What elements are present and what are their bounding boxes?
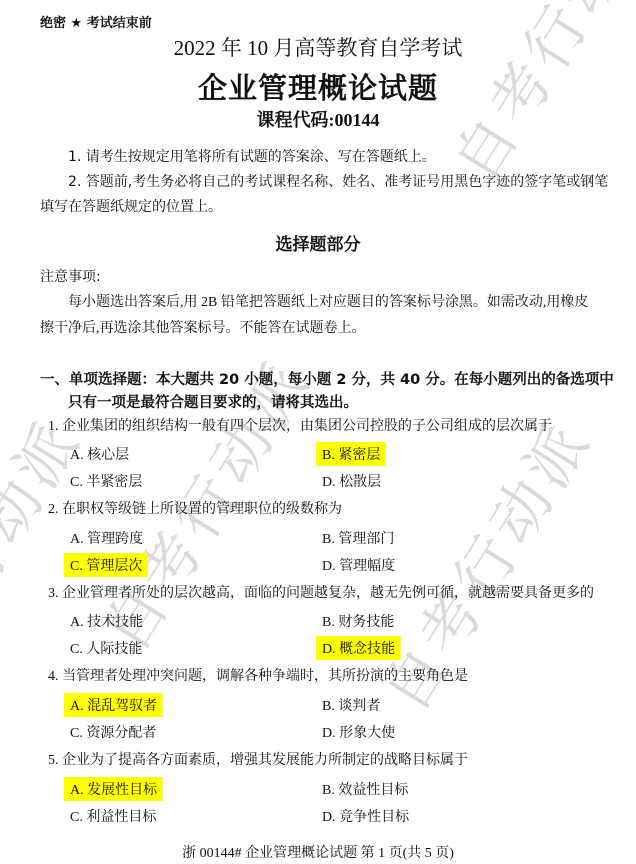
question-1-option-d[interactable]: D. 松散层 bbox=[316, 469, 387, 493]
subject-title: 企业管理概论试题 bbox=[0, 66, 636, 107]
question-3-option-b[interactable]: B. 财务技能 bbox=[316, 609, 400, 633]
section-heading-cont: 只有一项是最符合题目要求的，请将其选出。 bbox=[68, 391, 358, 412]
instruction-2-cont: 填写在答题纸规定的位置上。 bbox=[40, 196, 222, 216]
question-3-option-c[interactable]: C. 人际技能 bbox=[64, 636, 148, 660]
question-1-stem: 1. 企业集团的组织结构一般有四个层次，由集团公司控股的子公司组成的层次属于 bbox=[48, 415, 552, 435]
question-4-option-b[interactable]: B. 谈判者 bbox=[316, 693, 386, 717]
question-5-option-c[interactable]: C. 利益性目标 bbox=[64, 804, 162, 828]
question-1-option-a[interactable]: A. 核心层 bbox=[64, 442, 135, 466]
instruction-2: 2. 答题前,考生务必将自己的考试课程名称、姓名、准考证号用黑色字迹的签字笔或钢… bbox=[68, 171, 608, 191]
question-4-option-d[interactable]: D. 形象大使 bbox=[316, 720, 401, 744]
confidential-label: 绝密 ★ 考试结束前 bbox=[40, 12, 152, 31]
question-2-option-c[interactable]: C. 管理层次 bbox=[64, 553, 148, 577]
question-5-stem: 5. 企业为了提高各方面素质，增强其发展能力所制定的战略目标属于 bbox=[48, 749, 468, 769]
section-heading: 一、单项选择题：本大题共 20 小题，每小题 2 分，共 40 分。在每小题列出… bbox=[40, 368, 614, 389]
part-title: 选择题部分 bbox=[0, 230, 636, 255]
question-4-option-a[interactable]: A. 混乱驾驭者 bbox=[64, 693, 163, 717]
instruction-1: 1. 请考生按规定用笔将所有试题的答案涂、写在答题纸上。 bbox=[68, 146, 436, 166]
question-5-option-b[interactable]: B. 效益性目标 bbox=[316, 777, 414, 801]
question-2-option-a[interactable]: A. 管理跨度 bbox=[64, 526, 149, 550]
question-4-stem: 4. 当管理者处理冲突问题，调解各种争端时，其所扮演的主要角色是 bbox=[48, 665, 468, 685]
page-footer: 浙 00144# 企业管理概论试题 第 1 页(共 5 页) bbox=[0, 842, 636, 862]
question-2-option-d[interactable]: D. 管理幅度 bbox=[316, 553, 401, 577]
question-1-option-c[interactable]: C. 半紧密层 bbox=[64, 469, 148, 493]
question-5-option-a[interactable]: A. 发展性目标 bbox=[64, 777, 163, 801]
question-2-option-b[interactable]: B. 管理部门 bbox=[316, 526, 400, 550]
notice-text-1: 每小题选出答案后,用 2B 铅笔把答题纸上对应题目的答案标号涂黑。如需改动,用橡… bbox=[68, 291, 588, 311]
question-4-option-c[interactable]: C. 资源分配者 bbox=[64, 720, 162, 744]
exam-title: 2022 年 10 月高等教育自学考试 bbox=[0, 32, 636, 62]
question-1-option-b[interactable]: B. 紧密层 bbox=[316, 442, 386, 466]
question-5-option-d[interactable]: D. 竞争性目标 bbox=[316, 804, 415, 828]
question-3-stem: 3. 企业管理者所处的层次越高，面临的问题越复杂，越无先例可循，就越需要具备更多… bbox=[48, 582, 594, 602]
notice-label: 注意事项: bbox=[40, 266, 101, 286]
notice-text-2: 擦干净后,再选涂其他答案标号。不能答在试题卷上。 bbox=[40, 317, 366, 337]
question-3-option-d[interactable]: D. 概念技能 bbox=[316, 636, 401, 660]
course-code: 课程代码:00144 bbox=[0, 106, 636, 132]
question-3-option-a[interactable]: A. 技术技能 bbox=[64, 609, 149, 633]
question-2-stem: 2. 在职权等级链上所设置的管理职位的级数称为 bbox=[48, 498, 342, 518]
